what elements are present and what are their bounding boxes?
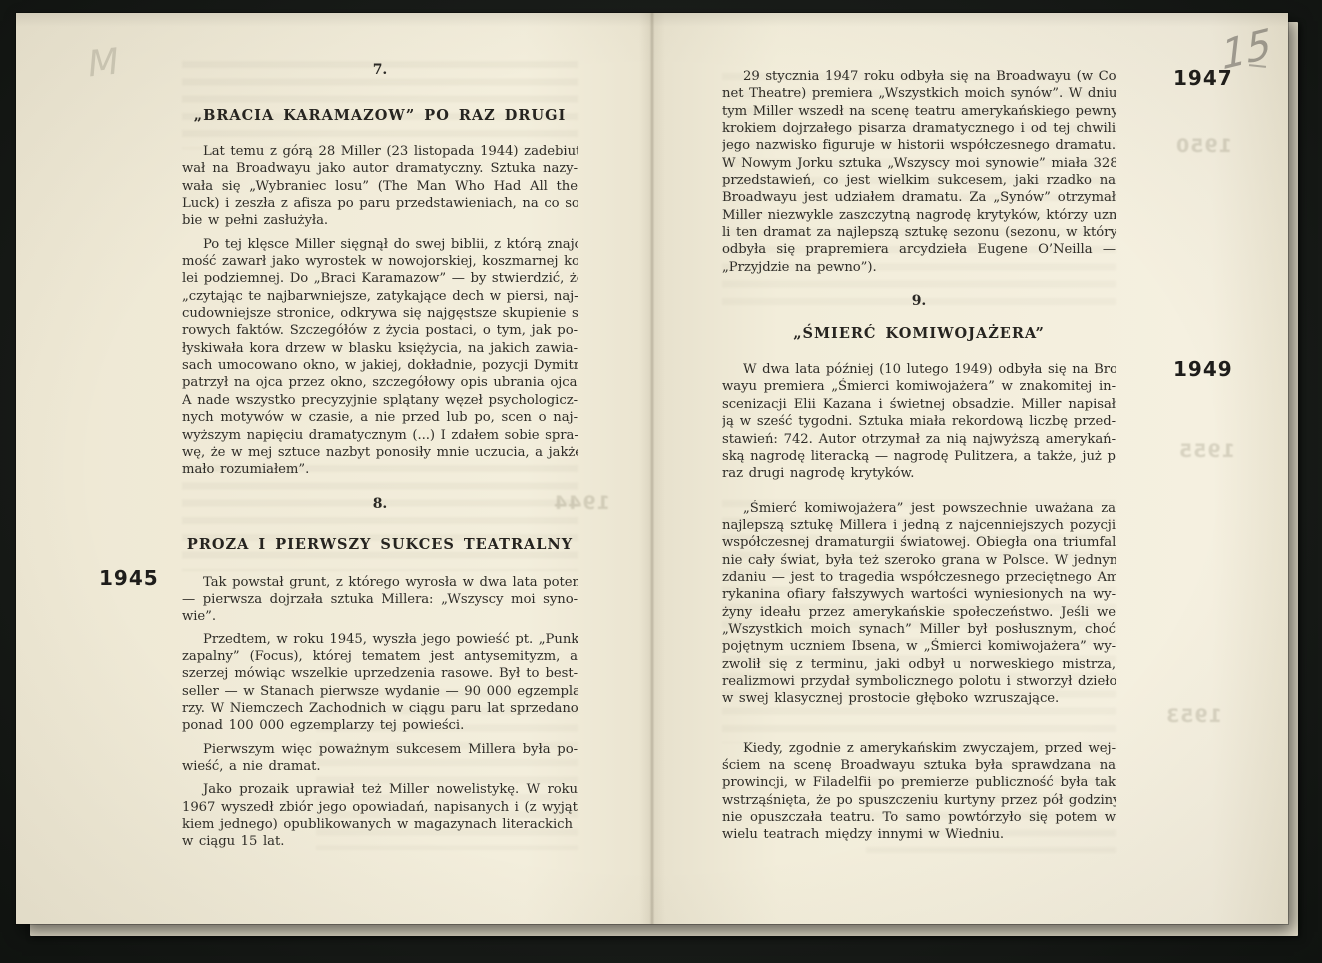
gutter-crease <box>639 13 665 924</box>
text-line: Miller niezwykle zaszczytną nagrodę kryt… <box>722 207 1116 224</box>
showthrough-year-1953: 1953 <box>1165 705 1222 727</box>
text-line: 29 stycznia 1947 roku odbyła się na Broa… <box>722 68 1116 85</box>
text-line: wał na Broadwayu jako autor dramatyczny.… <box>182 160 578 177</box>
text-line: wieść, a nie dramat. <box>182 758 578 775</box>
text-line: zwolił się z terminu, jaki odbył u norwe… <box>722 656 1116 673</box>
text-line: cudowniejsze stronice, odkrywa się najgę… <box>182 305 578 322</box>
heading-bracia-karamazow: „BRACIA KARAMAZOW” PO RAZ DRUGI <box>182 107 578 124</box>
text-line: ponad 100 000 egzemplarzy tej powieści. <box>182 717 578 734</box>
text-line: 1967 wyszedł zbiór jego opowiadań, napis… <box>182 799 578 816</box>
text-line: rzy. W Niemczech Zachodnich w ciągu paru… <box>182 700 578 717</box>
text-line: Tak powstał grunt, z którego wyrosła w d… <box>182 574 578 591</box>
text-line: „czytając te najbarwniejsze, zatykające … <box>182 288 578 305</box>
section-number-8: 8. <box>182 496 578 513</box>
text-line: seller — w Stanach pierwsze wydanie — 90… <box>182 683 578 700</box>
paragraph: 29 stycznia 1947 roku odbyła się na Broa… <box>722 68 1116 276</box>
text-line: mało rozumiałem”. <box>182 461 578 478</box>
margin-year-1947: 1947 <box>1173 66 1233 90</box>
text-line: Jako prozaik uprawiał też Miller nowelis… <box>182 781 578 798</box>
text-line: „Wszystkich moich synach” Miller był pos… <box>722 621 1116 638</box>
text-line: wę, że w mej sztuce nazbyt ponosiły mnie… <box>182 444 578 461</box>
text-line: żyny ideału przez amerykańskie społeczeń… <box>722 604 1116 621</box>
photo-background: 1944 1950 1955 1953 15 M 7. „BRACIA KARA… <box>0 0 1322 963</box>
text-line: nie opuszczała teatru. To samo powtórzył… <box>722 809 1116 826</box>
text-line: raz drugi nagrodę krytyków. <box>722 465 1116 482</box>
text-line: Broadwayu jest udziałem dramatu. Za „Syn… <box>722 189 1116 206</box>
text-line: rowych faktów. Szczegółów z życia postac… <box>182 322 578 339</box>
margin-year-1949: 1949 <box>1173 357 1233 381</box>
text-line: wie”. <box>182 608 578 625</box>
paragraph: Jako prozaik uprawiał też Miller nowelis… <box>182 781 578 850</box>
pencil-underline-mark <box>1249 64 1266 68</box>
text-line: Lat temu z górą 28 Miller (23 listopada … <box>182 143 578 160</box>
paragraph: Przedtem, w roku 1945, wyszła jego powie… <box>182 631 578 735</box>
showthrough-year-1955: 1955 <box>1178 440 1235 462</box>
paragraph: W dwa lata później (10 lutego 1949) odby… <box>722 361 1116 482</box>
text-line: mość zawarł jako wyrostek w nowojorskiej… <box>182 253 578 270</box>
text-line: zapalny” (Focus), której tematem jest an… <box>182 648 578 665</box>
left-page-text-column: 7. „BRACIA KARAMAZOW” PO RAZ DRUGI Lat t… <box>182 62 578 851</box>
text-line: realizmowi przydał symbolicznego polotu … <box>722 673 1116 690</box>
text-line: tym Miller wszedł na scenę teatru ameryk… <box>722 103 1116 120</box>
text-line: A nade wszystko precyzyjnie splątany węz… <box>182 392 578 409</box>
text-line: nie cały świat, była też szeroko grana w… <box>722 552 1116 569</box>
text-line: odbyła się prapremiera arcydzieła Eugene… <box>722 241 1116 258</box>
section-number-7: 7. <box>182 62 578 79</box>
text-line: nych motywów w czasie, a nie przed lub p… <box>182 409 578 426</box>
text-line: łyskiwała kora drzew w blasku księżycia,… <box>182 340 578 357</box>
paragraph: Kiedy, zgodnie z amerykańskim zwyczajem,… <box>722 740 1116 844</box>
text-line: w ciągu 15 lat. <box>182 833 578 850</box>
text-line: Przedtem, w roku 1945, wyszła jego powie… <box>182 631 578 648</box>
text-line: „Śmierć komiwojażera” jest powszechnie u… <box>722 500 1116 517</box>
text-line: krokiem dojrzałego pisarza dramatycznego… <box>722 120 1116 137</box>
text-line: jego nazwisko figuruje w historii współc… <box>722 137 1116 154</box>
text-line: li ten dramat za najlepszą sztukę sezonu… <box>722 224 1116 241</box>
book-spread: 1944 1950 1955 1953 15 M 7. „BRACIA KARA… <box>16 13 1288 924</box>
text-line: wyższym napięciu dramatycznym (...) I zd… <box>182 427 578 444</box>
text-line: „Przyjdzie na pewno”). <box>722 259 1116 276</box>
text-line: sach umocowano okno, w jakiej, dokładnie… <box>182 357 578 374</box>
text-line: prowincji, w Filadelfii po premierze pub… <box>722 774 1116 791</box>
text-line: przedstawień, co jest wielkim sukcesem, … <box>722 172 1116 189</box>
text-line: pojętnym uczniem Ibsena, w „Śmierci komi… <box>722 638 1116 655</box>
text-line: patrzył na ojca przez okno, szczegółowy … <box>182 374 578 391</box>
text-line: Kiedy, zgodnie z amerykańskim zwyczajem,… <box>722 740 1116 757</box>
paragraph: Pierwszym więc poważnym sukcesem Millera… <box>182 741 578 776</box>
heading-proza-i-pierwszy-sukces: PROZA I PIERWSZY SUKCES TEATRALNY <box>182 536 578 553</box>
text-line: wstrząśnięta, że po spuszczeniu kurtyny … <box>722 792 1116 809</box>
text-line: współczesnej dramaturgii światowej. Obie… <box>722 534 1116 551</box>
text-line: W Nowym Jorku sztuka „Wszyscy moi synowi… <box>722 155 1116 172</box>
text-line: ściem na scenę Broadwayu sztuka była spr… <box>722 757 1116 774</box>
text-line: najlepszą sztukę Millera i jedną z najce… <box>722 517 1116 534</box>
text-line: kiem jednego) opublikowanych w magazynac… <box>182 816 578 833</box>
margin-year-1945: 1945 <box>99 566 159 590</box>
text-line: scenizacji Elii Kazana i świetnej obsadz… <box>722 396 1116 413</box>
paragraph: „Śmierć komiwojażera” jest powszechnie u… <box>722 500 1116 708</box>
paragraph: Tak powstał grunt, z którego wyrosła w d… <box>182 574 578 626</box>
text-line: bie w pełni zasłużyła. <box>182 212 578 229</box>
paragraph: Lat temu z górą 28 Miller (23 listopada … <box>182 143 578 230</box>
text-line: net Theatre) premiera „Wszystkich moich … <box>722 85 1116 102</box>
text-line: zdaniu — jest to tragedia współczesnego … <box>722 569 1116 586</box>
text-line: w swej klasycznej prostocie głęboko wzru… <box>722 690 1116 707</box>
paragraph: Po tej klęsce Miller sięgnął do swej bib… <box>182 236 578 479</box>
section-number-9: 9. <box>722 293 1116 310</box>
text-line: Po tej klęsce Miller sięgnął do swej bib… <box>182 236 578 253</box>
right-page-text-column: 29 stycznia 1947 roku odbyła się na Broa… <box>722 68 1116 844</box>
text-line: lei podziemnej. Do „Braci Karamazow” — b… <box>182 270 578 287</box>
text-line: ją w sześć tygodni. Sztuka miała rekordo… <box>722 413 1116 430</box>
text-line: stawień: 742. Autor otrzymał za nią najw… <box>722 431 1116 448</box>
text-line: wała się „Wybraniec losu” (The Man Who H… <box>182 178 578 195</box>
text-line: ską nagrodę literacką — nagrodę Pulitzer… <box>722 448 1116 465</box>
text-line: rykanina ofiary fałszywych wartości wyni… <box>722 586 1116 603</box>
showthrough-year-1950: 1950 <box>1175 135 1232 157</box>
heading-smierc-komiwojazera: „ŚMIERĆ KOMIWOJAŻERA” <box>722 325 1116 342</box>
text-line: — pierwsza dojrzała sztuka Millera: „Wsz… <box>182 591 578 608</box>
text-line: W dwa lata później (10 lutego 1949) odby… <box>722 361 1116 378</box>
text-line: Pierwszym więc poważnym sukcesem Millera… <box>182 741 578 758</box>
text-line: szerzej mówiąc wszelkie uprzedzenia raso… <box>182 665 578 682</box>
text-line: wayu premiera „Śmierci komiwojażera” w z… <box>722 378 1116 395</box>
pencil-corner-mark: M <box>86 41 121 85</box>
text-line: Luck) i zeszła z afisza po paru przedsta… <box>182 195 578 212</box>
text-line: wielu teatrach między innymi w Wiedniu. <box>722 826 1116 843</box>
